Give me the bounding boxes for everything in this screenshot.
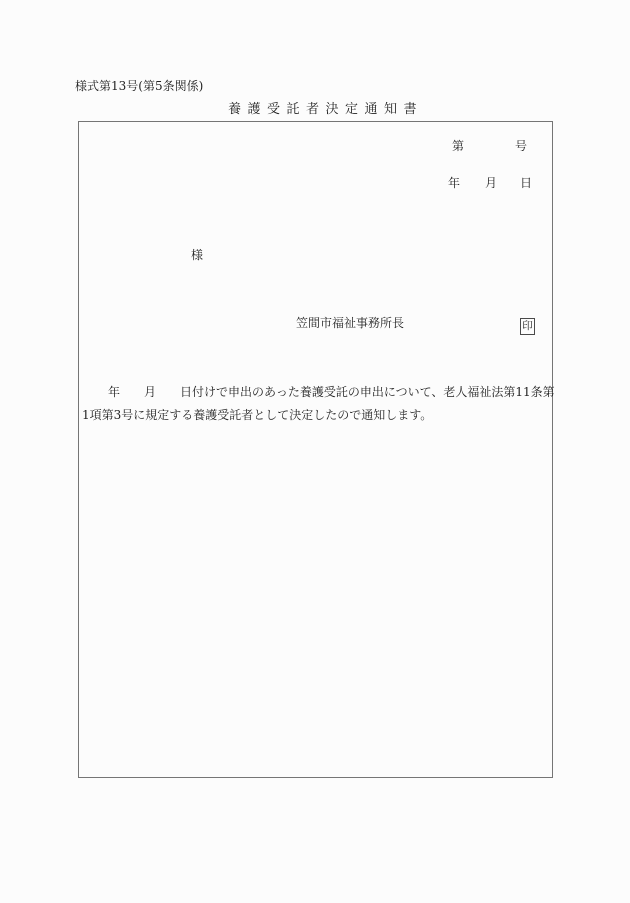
form-number-label: 様式第13号(第5条関係) <box>75 77 203 94</box>
date-month-label: 月 <box>485 176 497 190</box>
doc-number-suffix-label: 号 <box>515 139 527 153</box>
date-year-label: 年 <box>448 176 460 190</box>
issuer-title-label: 笠間市福祉事務所長 <box>296 316 404 330</box>
seal-stamp-box: 印 <box>520 318 535 335</box>
date-day-label: 日 <box>520 176 532 190</box>
body-line-2: 1項第3号に規定する養護受託者として決定したので通知します。 <box>82 404 551 427</box>
body-line-1: 年 月 日付けで申出のあった養護受託の申出について、老人福祉法第11条第 <box>82 381 551 404</box>
body-paragraph: 年 月 日付けで申出のあった養護受託の申出について、老人福祉法第11条第 1項第… <box>82 381 551 427</box>
doc-number-prefix-label: 第 <box>452 139 464 153</box>
notification-document: 様式第13号(第5条関係) 養護受託者決定通知書 第 号 年 月 日 様 笠間市… <box>0 0 630 903</box>
recipient-honorific-label: 様 <box>191 248 203 262</box>
notice-frame: 第 号 年 月 日 様 笠間市福祉事務所長 印 年 月 日付けで申出のあった養護… <box>78 121 553 778</box>
document-title: 養護受託者決定通知書 <box>228 98 423 117</box>
